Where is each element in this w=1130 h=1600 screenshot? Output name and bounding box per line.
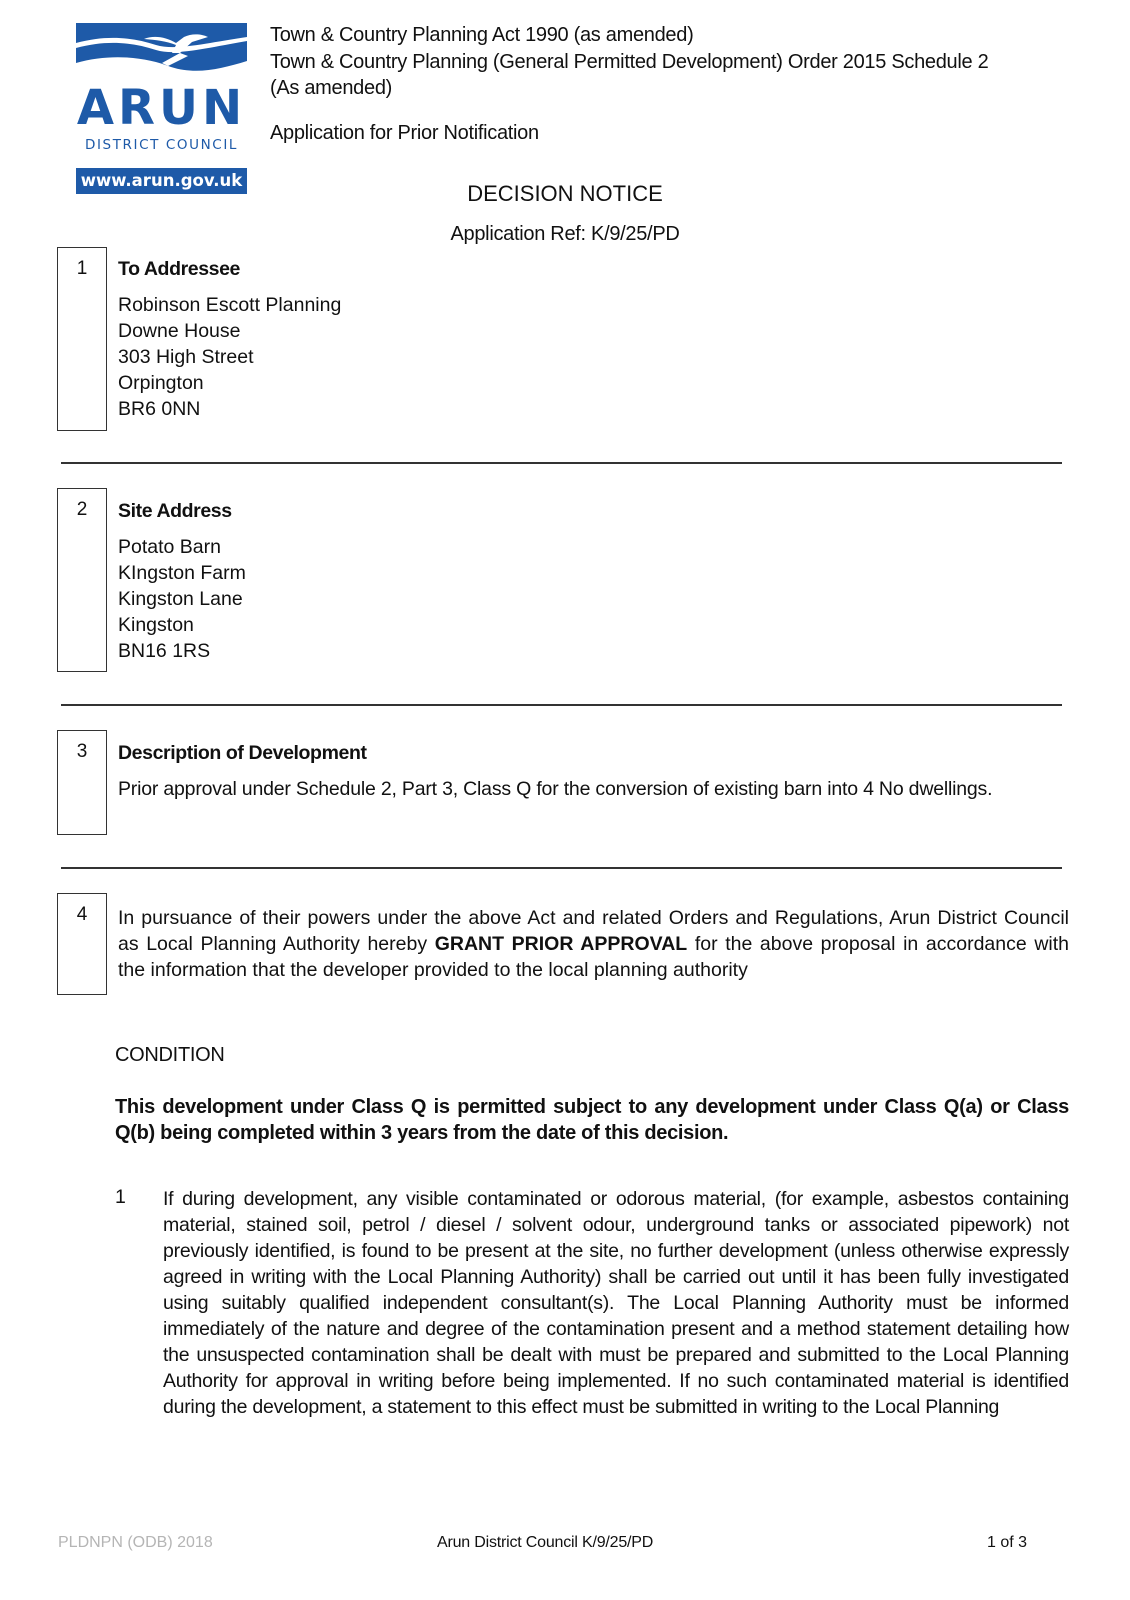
page-number: 1 of 3 [987, 1534, 1027, 1552]
header-line: Town & Country Planning (General Permitt… [270, 49, 988, 76]
section-heading: Site Address [118, 500, 246, 523]
divider [61, 867, 1062, 869]
notice-title: DECISION NOTICE [0, 181, 1130, 207]
address-line: Potato Barn [118, 534, 246, 560]
section-heading: To Addressee [118, 258, 341, 281]
address-line: 303 High Street [118, 344, 341, 370]
section-site-address: Site Address Potato Barn KIngston Farm K… [118, 500, 246, 664]
section-heading: Description of Development [118, 742, 1069, 765]
section-number-box: 4 [57, 893, 107, 995]
divider [61, 704, 1062, 706]
condition-number: 1 [115, 1186, 126, 1209]
decision-statement: In pursuance of their powers under the a… [118, 905, 1069, 983]
development-description: Prior approval under Schedule 2, Part 3,… [118, 776, 1018, 802]
condition-heading: CONDITION [115, 1044, 225, 1067]
section-number-box: 3 [57, 730, 107, 835]
address-line: BN16 1RS [118, 638, 246, 664]
logo-subtitle: DISTRICT COUNCIL [76, 137, 247, 153]
application-type: Application for Prior Notification [270, 120, 988, 147]
seagull-waves-icon [76, 23, 247, 79]
address-line: Robinson Escott Planning [118, 292, 341, 318]
section-description: Description of Development Prior approva… [118, 742, 1069, 802]
legislation-header: Town & Country Planning Act 1990 (as ame… [270, 22, 988, 146]
divider [61, 462, 1062, 464]
decision-outcome: GRANT PRIOR APPROVAL [435, 933, 688, 955]
application-reference: Application Ref: K/9/25/PD [0, 223, 1130, 246]
logo-wordmark: ARUN [74, 83, 249, 133]
section-number-box: 2 [57, 488, 107, 672]
condition-text: If during development, any visible conta… [163, 1186, 1069, 1420]
address-line: Kingston [118, 612, 246, 638]
address-line: Kingston Lane [118, 586, 246, 612]
address-line: KIngston Farm [118, 560, 246, 586]
footer-form-code: PLDNPN (ODB) 2018 [58, 1534, 213, 1552]
section-addressee: To Addressee Robinson Escott Planning Do… [118, 258, 341, 422]
address-line: Downe House [118, 318, 341, 344]
header-line: (As amended) [270, 75, 988, 102]
header-line: Town & Country Planning Act 1990 (as ame… [270, 22, 988, 49]
section-number-box: 1 [57, 247, 107, 431]
address-line: BR6 0NN [118, 396, 341, 422]
arun-logo: ARUN DISTRICT COUNCIL www.arun.gov.uk [76, 23, 247, 194]
footer-reference: Arun District Council K/9/25/PD [437, 1534, 653, 1552]
condition-statement: This development under Class Q is permit… [115, 1094, 1069, 1146]
address-line: Orpington [118, 370, 341, 396]
